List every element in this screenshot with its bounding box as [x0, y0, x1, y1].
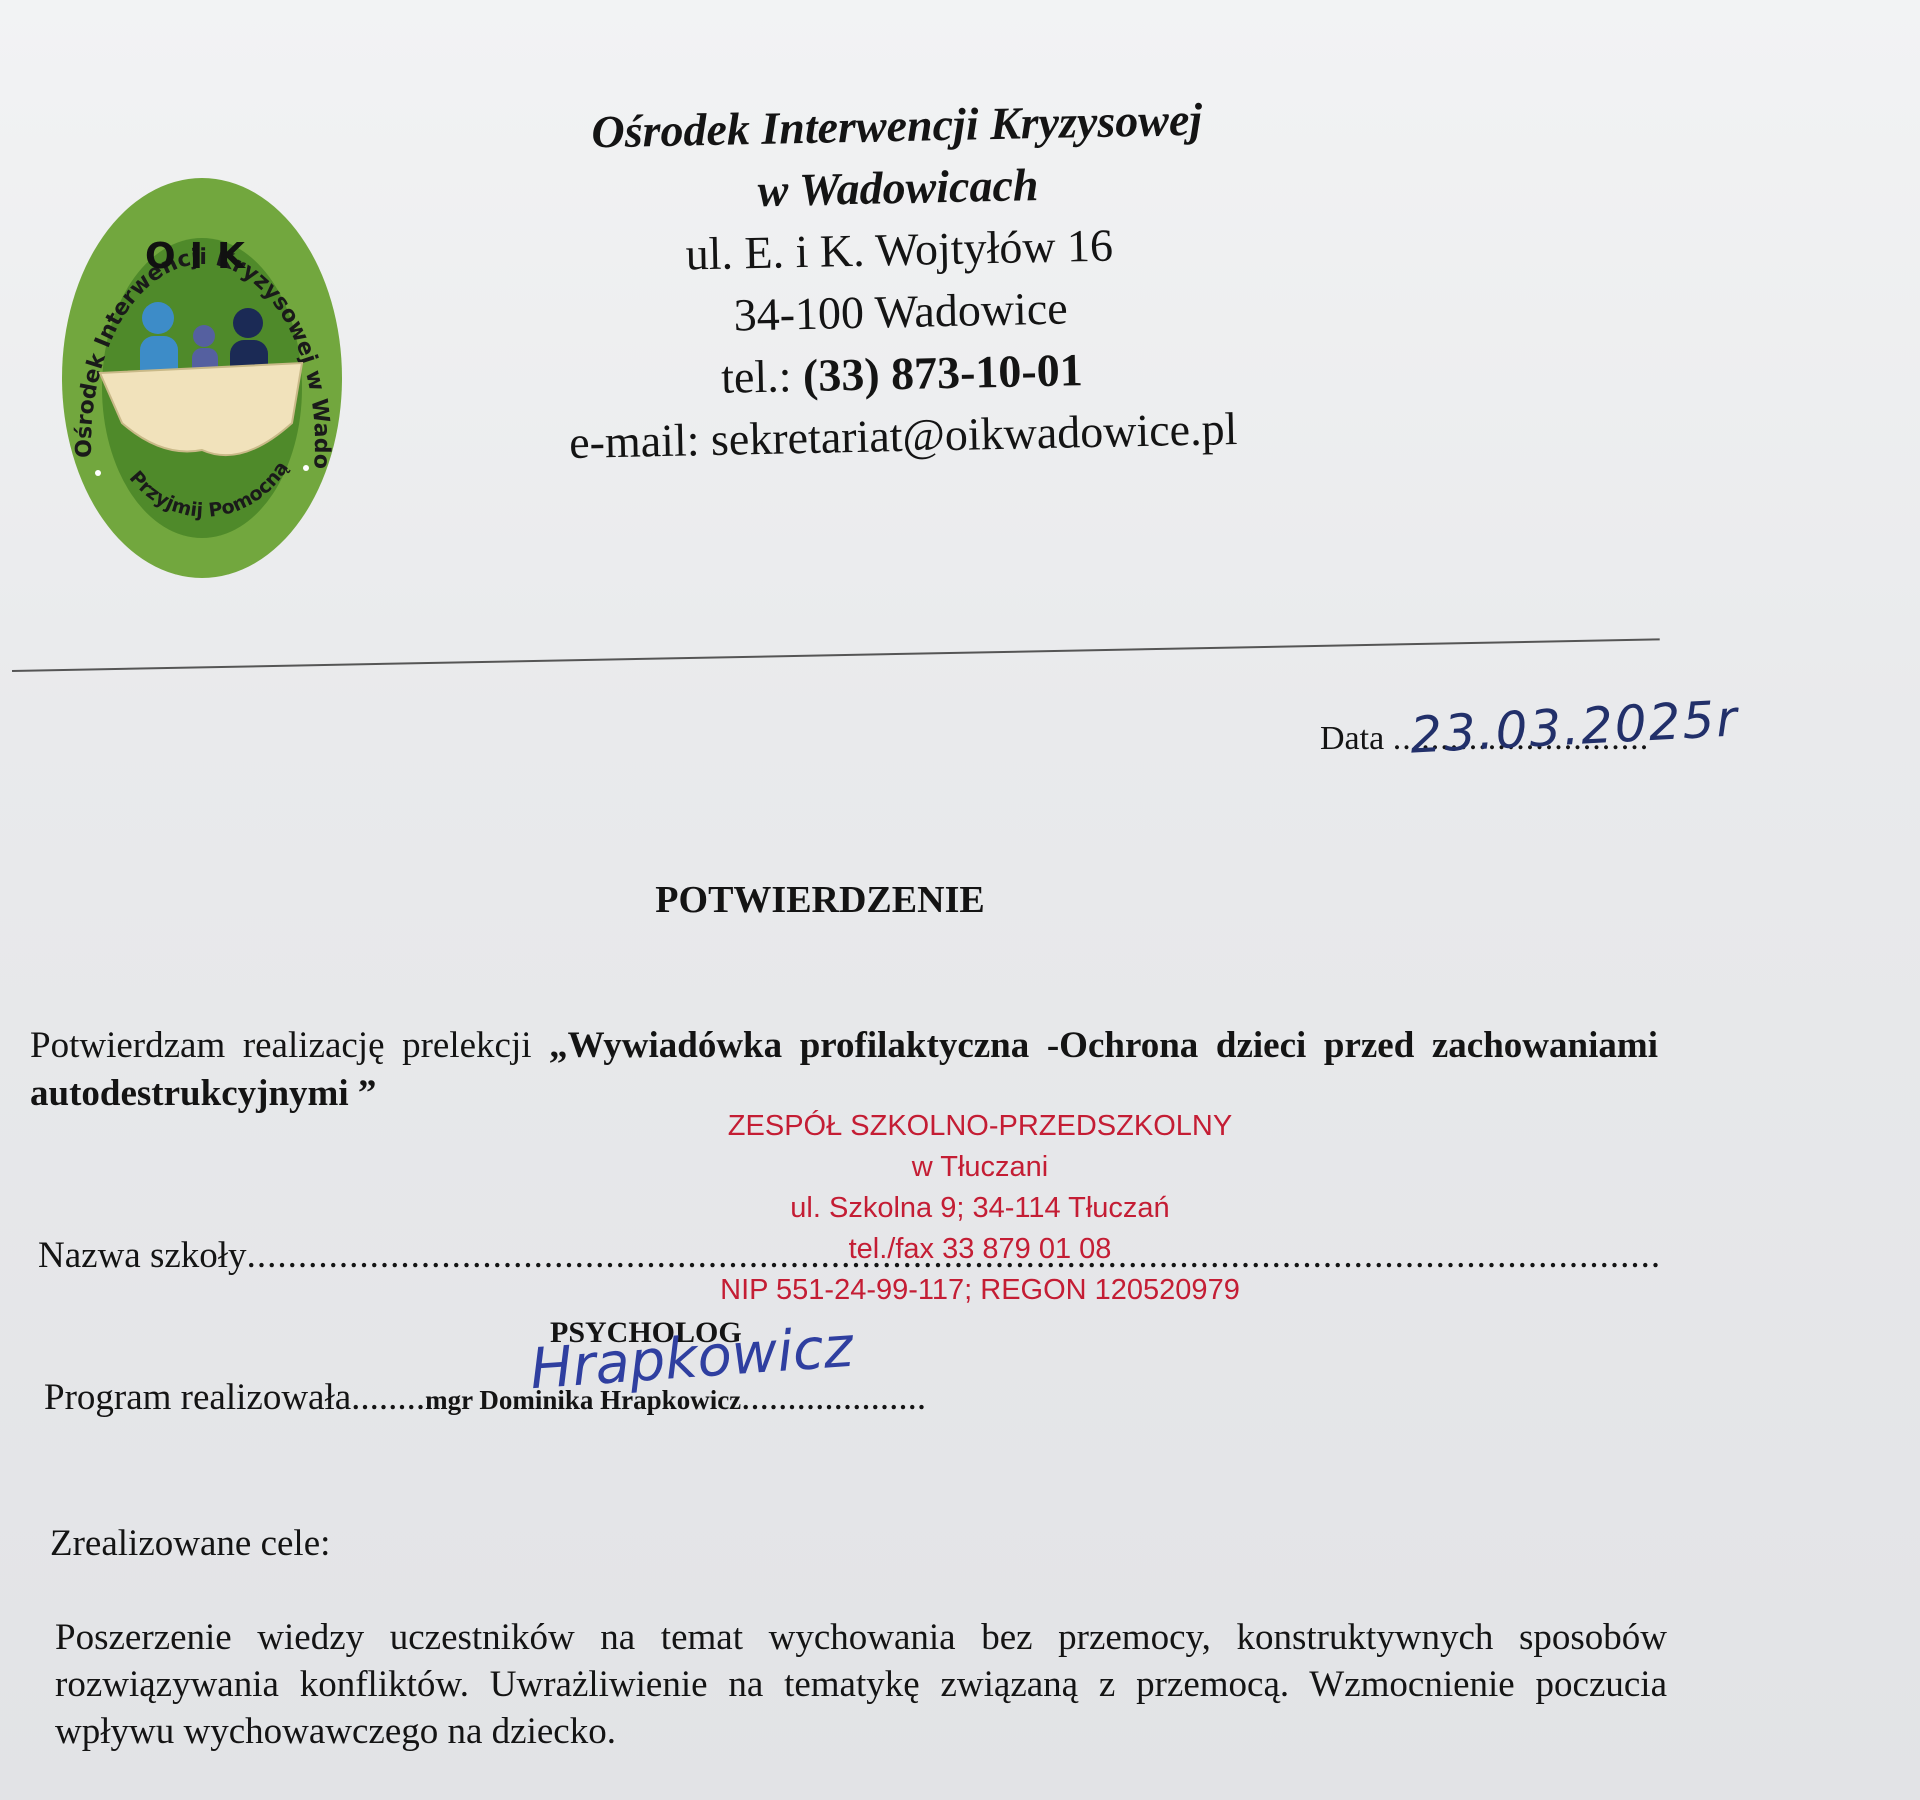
stamp-line: w Tłuczani — [660, 1147, 1300, 1188]
logo-emblem-icon: Ośrodek Interwencji Kryzysowej w Wadowic… — [52, 168, 352, 588]
svg-text:OIK: OIK — [145, 236, 259, 277]
date-handwritten: 23.03.2025r — [1409, 689, 1740, 764]
phone-label: tel.: — [721, 350, 792, 402]
header-divider — [12, 638, 1660, 672]
program-dots: ........ — [351, 1377, 425, 1418]
document-title: POTWIERDZENIE — [0, 878, 1640, 922]
letterhead: Ośrodek Interwencji Kryzysowej w Wadowic… — [466, 86, 1334, 476]
school-label: Nazwa szkoły — [38, 1235, 247, 1276]
stamp-line: tel./fax 33 879 01 08 — [660, 1229, 1300, 1270]
goals-text: Poszerzenie wiedzy uczestników na temat … — [55, 1614, 1667, 1755]
stamp-line: NIP 551-24-99-117; REGON 120520979 — [660, 1270, 1300, 1311]
confirmation-text: Potwierdzam realizację prelekcji „Wywiad… — [30, 1022, 1658, 1118]
stamp-line: ZESPÓŁ SZKOLNO-PRZEDSZKOLNY — [660, 1106, 1300, 1147]
stamp-line: ul. Szkolna 9; 34-114 Tłuczań — [660, 1188, 1300, 1229]
date-label: Data — [1320, 720, 1384, 757]
school-stamp: ZESPÓŁ SZKOLNO-PRZEDSZKOLNY w Tłuczani u… — [660, 1106, 1300, 1311]
oik-logo: Ośrodek Interwencji Kryzysowej w Wadowic… — [52, 168, 352, 588]
confirmation-intro: Potwierdzam realizację prelekcji — [30, 1025, 549, 1066]
phone-number: (33) 873-10-01 — [802, 344, 1083, 401]
goals-label: Zrealizowane cele: — [50, 1522, 330, 1565]
program-label: Program realizowała — [44, 1377, 351, 1418]
